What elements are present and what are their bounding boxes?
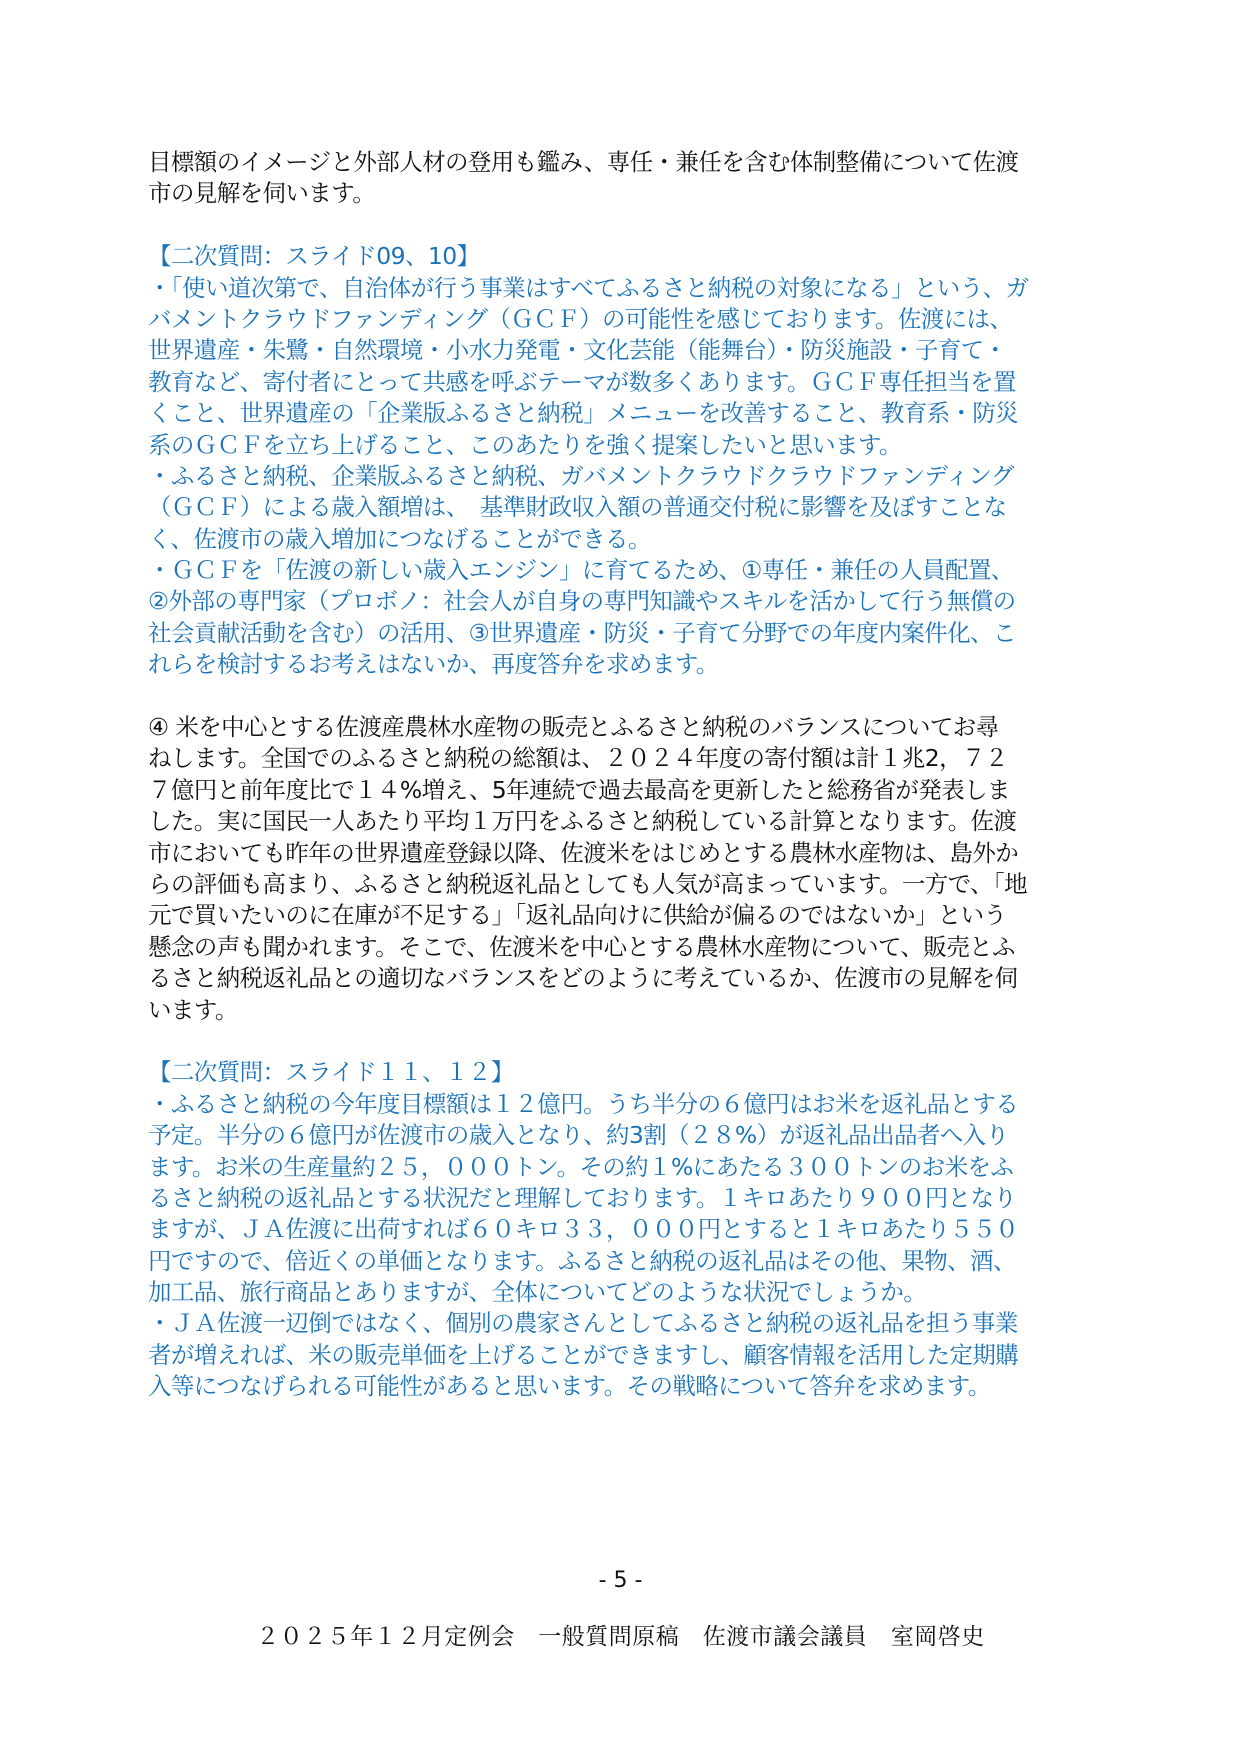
text-line: した。実に国民一人あたり平均１万円をふるさと納税している計算となります。佐渡 bbox=[148, 806, 1094, 837]
text-line: ・ＧＣＦを「佐渡の新しい歳入エンジン」に育てるため、①専任・兼任の人員配置、 bbox=[148, 555, 1094, 586]
text-line: バメントクラウドファンディング（ＧＣＦ）の可能性を感じております。佐渡には、 bbox=[148, 304, 1094, 335]
text-line: 系のＧＣＦを立ち上げること、このあたりを強く提案したいと思います。 bbox=[148, 430, 1094, 461]
text-line: 者が増えれば、米の販売単価を上げることができますし、顧客情報を活用した定期購 bbox=[148, 1340, 1094, 1371]
spacer bbox=[148, 681, 1094, 712]
text-line: ・「使い道次第で、自治体が行う事業はすべてふるさと納税の対象になる」という、ガ bbox=[148, 273, 1094, 304]
text-line: 市の見解を伺います。 bbox=[148, 178, 1094, 209]
text-line: くこと、世界遺産の「企業版ふるさと納税」メニューを改善すること、教育系・防災 bbox=[148, 398, 1094, 429]
text-line: います。 bbox=[148, 995, 1094, 1026]
text-line: 円ですので、倍近くの単価となります。ふるさと納税の返礼品はその他、果物、酒、 bbox=[148, 1246, 1094, 1277]
text-line: ７億円と前年度比で１４%増え、5年連続で過去最高を更新したと総務省が発表しま bbox=[148, 775, 1094, 806]
text-line: ②外部の専門家（プロボノ：社会人が自身の専門知識やスキルを活かして行う無償の bbox=[148, 586, 1094, 617]
text-line: 加工品、旅行商品とありますが、全体についてどのような状況でしょうか。 bbox=[148, 1277, 1094, 1308]
text-line: 世界遺産・朱鷺・自然環境・小水力発電・文化芸能（能舞台）・防災施設・子育て・ bbox=[148, 335, 1094, 366]
spacer bbox=[148, 1026, 1094, 1057]
text-line: るさと納税の返礼品とする状況だと理解しております。１キロあたり９００円となり bbox=[148, 1183, 1094, 1214]
text-line: ますが、ＪＡ佐渡に出荷すれば６０キロ３３，０００円とすると１キロあたり５５０ bbox=[148, 1214, 1094, 1245]
document-page: 目標額のイメージと外部人材の登用も鑑み、専任・兼任を含む体制整備について佐渡 市… bbox=[148, 147, 1094, 1403]
text-line: ・ふるさと納税、企業版ふるさと納税、ガバメントクラウドクラウドファンディング bbox=[148, 461, 1094, 492]
paragraph-intro: 目標額のイメージと外部人材の登用も鑑み、専任・兼任を含む体制整備について佐渡 市… bbox=[148, 147, 1094, 210]
text-line: 予定。半分の６億円が佐渡市の歳入となり、約3割（２８%）が返礼品出品者へ入り bbox=[148, 1120, 1094, 1151]
secondary-question-section-2: 【二次質問：スライド１１、１２】 ・ふるさと納税の今年度目標額は１２億円。うち半… bbox=[148, 1057, 1094, 1402]
text-line: れらを検討するお考えはないか、再度答弁を求めます。 bbox=[148, 649, 1094, 680]
text-line: 懸念の声も聞かれます。そこで、佐渡米を中心とする農林水産物について、販売とふ bbox=[148, 932, 1094, 963]
spacer bbox=[148, 210, 1094, 241]
text-line: 市においても昨年の世界遺産登録以降、佐渡米をはじめとする農林水産物は、島外か bbox=[148, 838, 1094, 869]
text-line: ・ふるさと納税の今年度目標額は１２億円。うち半分の６億円はお米を返礼品とする bbox=[148, 1089, 1094, 1120]
text-line: ます。お米の生産量約２５，０００トン。その約１%にあたる３００トンのお米をふ bbox=[148, 1152, 1094, 1183]
text-line: らの評価も高まり、ふるさと納税返礼品としても人気が高まっています。一方で、「地 bbox=[148, 869, 1094, 900]
text-line: 目標額のイメージと外部人材の登用も鑑み、専任・兼任を含む体制整備について佐渡 bbox=[148, 147, 1094, 178]
text-line: 社会貢献活動を含む）の活用、③世界遺産・防災・子育て分野での年度内案件化、こ bbox=[148, 618, 1094, 649]
text-line: （ＧＣＦ）による歳入額増は、 基準財政収入額の普通交付税に影響を及ぼすことな bbox=[148, 492, 1094, 523]
section-heading: 【二次質問：スライド１１、１２】 bbox=[148, 1057, 1094, 1088]
text-line: 教育など、寄付者にとって共感を呼ぶテーマが数多くあります。ＧＣＦ専任担当を置 bbox=[148, 367, 1094, 398]
text-line: ねします。全国でのふるさと納税の総額は、２０２４年度の寄付額は計１兆2，７２ bbox=[148, 743, 1094, 774]
text-line: ・ＪＡ佐渡一辺倒ではなく、個別の農家さんとしてふるさと納税の返礼品を担う事業 bbox=[148, 1308, 1094, 1339]
section-heading: 【二次質問：スライド09、10】 bbox=[148, 241, 1094, 272]
page-number: - 5 - bbox=[0, 1568, 1241, 1593]
paragraph-question-4: ④ 米を中心とする佐渡産農林水産物の販売とふるさと納税のバランスについてお尋 ね… bbox=[148, 712, 1094, 1026]
secondary-question-section-1: 【二次質問：スライド09、10】 ・「使い道次第で、自治体が行う事業はすべてふる… bbox=[148, 241, 1094, 680]
text-line: 入等につなげられる可能性があると思います。その戦略について答弁を求めます。 bbox=[148, 1371, 1094, 1402]
text-line: るさと納税返礼品との適切なバランスをどのように考えているか、佐渡市の見解を伺 bbox=[148, 963, 1094, 994]
text-line: く、佐渡市の歳入増加につなげることができる。 bbox=[148, 524, 1094, 555]
text-line: ④ 米を中心とする佐渡産農林水産物の販売とふるさと納税のバランスについてお尋 bbox=[148, 712, 1094, 743]
page-footer: ２０２５年１２月定例会 一般質問原稿 佐渡市議会議員 室岡啓史 bbox=[0, 1618, 1241, 1651]
text-line: 元で買いたいのに在庫が不足する」「返礼品向けに供給が偏るのではないか」という bbox=[148, 900, 1094, 931]
